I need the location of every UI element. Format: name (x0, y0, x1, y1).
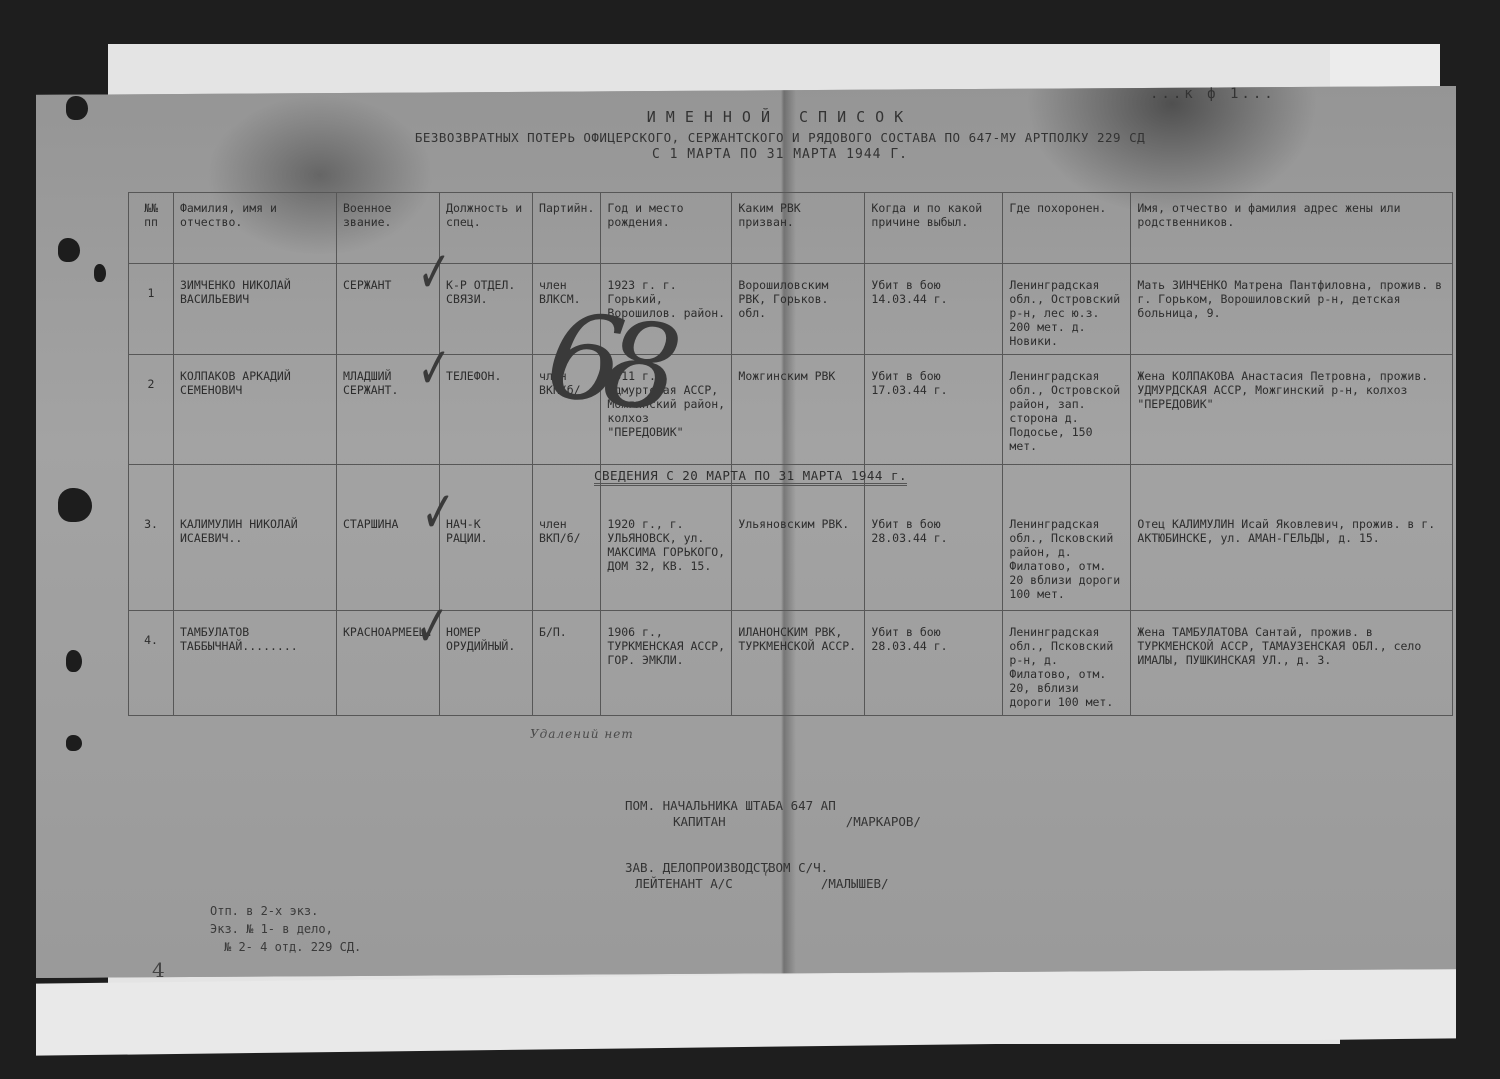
punch-hole-icon (66, 650, 82, 672)
cell-name: КОЛПАКОВ АРКАДИЙ СЕМЕНОВИЧ (174, 355, 337, 465)
cell-num: 4. (129, 611, 174, 716)
checkmark-icon: ✓ (417, 334, 451, 402)
cell-relatives: Жена ТАМБУЛАТОВА Сантай, прожив. в ТУРКМ… (1131, 611, 1453, 716)
table-subheading: СВЕДЕНИЯ С 20 МАРТА ПО 31 МАРТА 1944 г. (594, 468, 907, 486)
table-header-row: №№ пп Фамилия, имя и отчество. Военное з… (129, 193, 1453, 264)
document-title: ИМЕННОЙ СПИСОК (330, 108, 1230, 126)
signature-rank-2: ЛЕЙТЕНАНТ А/С (635, 876, 733, 892)
signature-name-2: /МАЛЫШЕВ/ (821, 876, 889, 892)
signature-rank-1: КАПИТАН (673, 814, 726, 830)
cell-position: НОМЕР ОРУДИЙНЫЙ. (440, 611, 533, 716)
cell-relatives: Отец КАЛИМУЛИН Исай Яковлевич, прожив. в… (1131, 465, 1453, 611)
document-subtitle: БЕЗВОЗВРАТНЫХ ПОТЕРЬ ОФИЦЕРСКОГО, СЕРЖАН… (330, 130, 1230, 145)
handwritten-note: Удалений нет (530, 727, 634, 741)
cell-reason: Убит в бою 28.03.44 г. (865, 611, 1003, 716)
punch-hole-icon (58, 488, 92, 522)
punch-hole-icon (94, 264, 106, 282)
distribution-line-1: Отп. в 2-х экз. (210, 902, 361, 920)
losses-table: №№ пп Фамилия, имя и отчество. Военное з… (128, 192, 1453, 716)
cell-burial: Ленинградская обл., Псковский р-н, д. Фи… (1003, 611, 1131, 716)
header-reason: Когда и по какой причине выбыл. (865, 193, 1003, 264)
header-relatives: Имя, отчество и фамилия адрес жены или р… (1131, 193, 1453, 264)
header-rvk: Каким РВК призван. (732, 193, 865, 264)
checkmark-icon: ✓ (415, 592, 449, 660)
distribution-line-2: Экз. № 1- в дело, (210, 920, 361, 938)
document-period: С 1 МАРТА ПО 31 МАРТА 1944 Г. (330, 147, 1230, 162)
top-stamp: ...к ф 1... (1150, 86, 1276, 102)
document-header: ИМЕННОЙ СПИСОК БЕЗВОЗВРАТНЫХ ПОТЕРЬ ОФИЦ… (330, 108, 1230, 162)
signature-title-1: ПОМ. НАЧАЛЬНИКА ШТАБА 647 АП (625, 798, 921, 814)
cell-party: член ВКП/б/ (533, 465, 601, 611)
cell-burial: Ленинградская обл., Островский р-н, лес … (1003, 264, 1131, 355)
cell-relatives: Жена КОЛПАКОВА Анастасия Петровна, прожи… (1131, 355, 1453, 465)
cell-num: 3. (129, 465, 174, 611)
cell-reason: Убит в бою 17.03.44 г. (865, 355, 1003, 465)
table-row: 1 ЗИМЧЕНКО НИКОЛАЙ ВАСИЛЬЕВИЧ СЕРЖАНТ К-… (129, 264, 1453, 355)
header-num: №№ пп (129, 193, 174, 264)
cell-rvk: Ворошиловским РВК, Горьков. обл. (732, 264, 865, 355)
header-birth: Год и место рождения. (601, 193, 732, 264)
cell-name: КАЛИМУЛИН НИКОЛАЙ ИСАЕВИЧ.. (174, 465, 337, 611)
header-party: Партийн. (533, 193, 601, 264)
cell-burial: Ленинградская обл., Островской район, за… (1003, 355, 1131, 465)
table-row: 2 КОЛПАКОВ АРКАДИЙ СЕМЕНОВИЧ МЛАДШИЙ СЕР… (129, 355, 1453, 465)
header-burial: Где похоронен. (1003, 193, 1131, 264)
checkmark-icon: ✓ (417, 238, 451, 306)
signature-name-1: /МАРКАРОВ/ (846, 814, 921, 830)
handwritten-number: 68 (539, 285, 671, 438)
table-row: 3. КАЛИМУЛИН НИКОЛАЙ ИСАЕВИЧ.. СТАРШИНА … (129, 465, 1453, 611)
cell-position: К-Р ОТДЕЛ. СВЯЗИ. (440, 264, 533, 355)
distribution-line-3: № 2- 4 отд. 229 СД. (210, 938, 361, 956)
cell-party: Б/П. (533, 611, 601, 716)
cell-rvk: Ульяновским РВК. (732, 465, 865, 611)
cell-reason: Убит в бою 28.03.44 г. (865, 465, 1003, 611)
cell-birth: 1920 г., г. УЛЬЯНОВСК, ул. МАКСИМА ГОРЬК… (601, 465, 732, 611)
table-row: 4. ТАМБУЛАТОВ ТАББЫЧНАЙ........ КРАСНОАР… (129, 611, 1453, 716)
cell-name: ТАМБУЛАТОВ ТАББЫЧНАЙ........ (174, 611, 337, 716)
signature-row-1: КАПИТАН /МАРКАРОВ/ (625, 814, 921, 830)
cell-birth: 1906 г., ТУРКМЕНСКАЯ АССР, ГОР. ЭМКЛИ. (601, 611, 732, 716)
cell-relatives: Мать ЗИНЧЕНКО Матрена Пантфиловна, прожи… (1131, 264, 1453, 355)
checkmark-icon: ✓ (421, 478, 455, 546)
cell-reason: Убит в бою 14.03.44 г. (865, 264, 1003, 355)
punch-hole-icon (66, 96, 88, 120)
punch-hole-icon (58, 238, 80, 262)
header-position: Должность и спец. (440, 193, 533, 264)
cell-num: 2 (129, 355, 174, 465)
cell-rvk: Можгинским РВК (732, 355, 865, 465)
cell-position: ТЕЛЕФОН. (440, 355, 533, 465)
margin-mark: 4 (152, 958, 165, 982)
punch-hole-icon (66, 735, 82, 751)
cell-name: ЗИМЧЕНКО НИКОЛАЙ ВАСИЛЬЕВИЧ (174, 264, 337, 355)
distribution-note: Отп. в 2-х экз. Экз. № 1- в дело, № 2- 4… (210, 902, 361, 956)
cell-rvk: ИЛАНОНСКИМ РВК, ТУРКМЕНСКОЙ АССР. (732, 611, 865, 716)
cell-burial: Ленинградская обл., Псковский район, д. … (1003, 465, 1131, 611)
header-name: Фамилия, имя и отчество. (174, 193, 337, 264)
cell-num: 1 (129, 264, 174, 355)
